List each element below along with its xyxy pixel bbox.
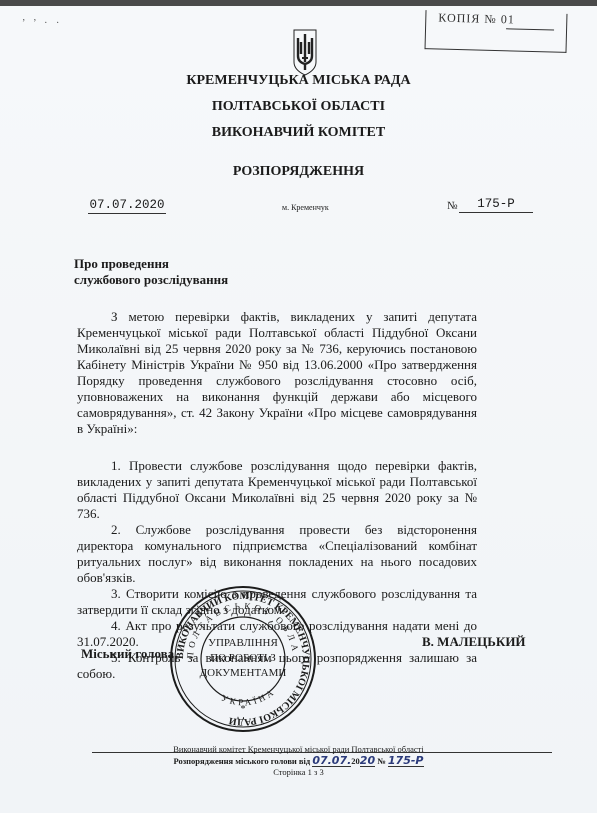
copy-stamp: КОПІЯ № 01 — [425, 10, 568, 53]
subject-line-1: Про проведення — [74, 256, 228, 272]
document-city: м. Кременчук — [282, 203, 329, 212]
document-type: РОЗПОРЯДЖЕННЯ — [0, 164, 597, 180]
footer-number-label: № — [377, 756, 386, 766]
subject-line-2: службового розслідування — [74, 272, 228, 288]
document-page: ’ ’ · · КОПІЯ № 01 КРЕМЕНЧУЦЬКА МІСЬКА Р… — [0, 6, 597, 813]
document-number: 175-Р — [459, 197, 533, 213]
footer-prefix: Розпорядження міського голови від — [173, 756, 310, 766]
preamble-paragraph: З метою перевірки фактів, викладених у з… — [77, 309, 477, 437]
signatory-position: Міський голова — [81, 646, 174, 662]
committee-name: ВИКОНАВЧИЙ КОМІТЕТ — [0, 125, 597, 141]
copy-stamp-text: КОПІЯ № 01 — [438, 10, 515, 27]
svg-text:УКРАЇНА: УКРАЇНА — [220, 686, 278, 708]
seal-bottom-text: УКРАЇНА — [220, 686, 278, 708]
footer-line-2: Розпорядження міського голови від 07.07.… — [0, 755, 597, 767]
seal-center-line-1: УПРАВЛІННЯ — [208, 637, 278, 649]
footer-handwritten-date: 07.07. — [312, 755, 351, 767]
footer: Виконавчий комітет Кременчуцької міської… — [0, 744, 597, 778]
council-name: КРЕМЕНЧУЦЬКА МІСЬКА РАДА — [0, 73, 597, 89]
seal-center-line-3: ДОКУМЕНТАМИ — [200, 667, 287, 679]
trident-coat-of-arms-icon — [292, 28, 318, 76]
footer-page-counter: Сторінка 1 з 3 — [0, 767, 597, 778]
region-name: ПОЛТАВСЬКОЇ ОБЛАСТІ — [0, 99, 597, 115]
official-seal-icon: ВИКОНАВЧИЙ КОМІТЕТ КРЕМЕНЧУЦЬКОЇ МІСЬКОЇ… — [168, 584, 318, 734]
order-item-2: 2. Службове розслідування провести без в… — [77, 522, 477, 586]
document-subject: Про проведення службового розслідування — [74, 256, 228, 288]
footer-handwritten-number: 175-Р — [388, 755, 424, 767]
corner-marks: ’ ’ · · — [22, 18, 62, 29]
footer-handwritten-year: 20 — [360, 755, 375, 767]
copy-stamp-line — [506, 28, 554, 30]
signatory-name: В. МАЛЕЦЬКИЙ — [422, 634, 526, 650]
footer-year-prefix: 20 — [351, 756, 360, 766]
number-label: № — [447, 200, 458, 212]
document-date: 07.07.2020 — [88, 198, 166, 214]
svg-text:*: * — [241, 704, 246, 715]
seal-center-line-2: ПО РОБОТІ З — [210, 652, 276, 664]
order-item-1: 1. Провести службове розслідування щодо … — [77, 458, 477, 522]
footer-line-1: Виконавчий комітет Кременчуцької міської… — [0, 744, 597, 755]
